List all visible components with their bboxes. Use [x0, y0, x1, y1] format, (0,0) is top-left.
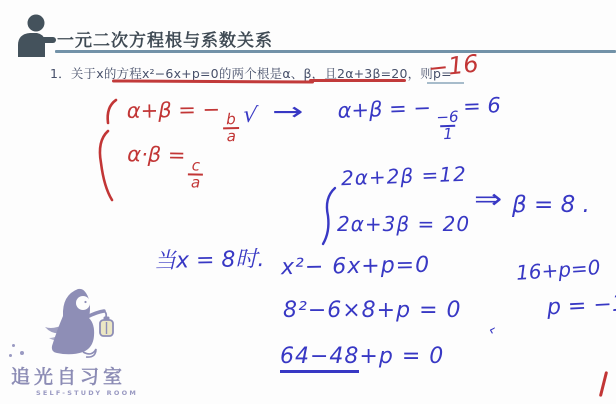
sum-evaluated: α+β = −−61= 6	[337, 95, 502, 147]
sparkle-dot	[12, 344, 15, 347]
sum-evaluated-result: = 6	[463, 93, 501, 118]
beta-result: β = 8 .	[512, 194, 590, 217]
fraction-b-over-a: ba	[223, 112, 239, 146]
underlined-64-minus-48: 64−48	[280, 344, 359, 373]
sparkle-dot	[9, 354, 12, 357]
when-x-equals-8: 当x = 8时.	[154, 249, 265, 273]
red-brace	[95, 97, 121, 203]
lesson-slide: 一元二次方程根与系数关系 1．关于x的方程x²−6x+p=0的两个根是α、β，且…	[0, 0, 616, 404]
right-step-1: 16+p=0	[515, 257, 601, 283]
vieta-sum-lead: α+β = −	[127, 97, 221, 123]
step-3-rest: +p = 0	[359, 344, 444, 369]
fraction-neg6-over-1: −61	[434, 109, 461, 144]
sum-evaluated-lead: α+β = −	[337, 96, 431, 123]
sparkle-dot	[20, 351, 24, 355]
vieta-sum-formula: α+β = −ba	[127, 99, 242, 147]
substitution-step-1: x²− 6x+p=0	[281, 255, 430, 280]
right-arrow: →	[272, 99, 303, 124]
lantern-girl-mascot	[45, 286, 123, 364]
fraction-c-over-a: ca	[188, 158, 204, 192]
system-equation-2: 2α+3β = 20	[337, 214, 470, 234]
vieta-product-lead: α·β =	[127, 142, 186, 167]
implies-arrow: ⇒	[474, 186, 502, 213]
handwritten-answer: −16	[427, 51, 480, 80]
teacher-underline-equation	[112, 79, 314, 83]
logo-english-name: SELF-STUDY ROOM	[36, 389, 138, 397]
teacher-underline-condition	[309, 79, 406, 82]
check-mark: √	[242, 104, 259, 128]
vieta-product-formula: α·β =ca	[127, 144, 207, 192]
logo-chinese-name: 追光自习室	[11, 362, 126, 389]
red-stroke-mark	[599, 371, 608, 397]
caret-mark: ‹	[487, 322, 497, 339]
system-equation-1: 2α+2β =12	[341, 164, 467, 188]
person-at-desk-icon	[14, 13, 58, 59]
right-step-2: p = −16	[546, 293, 616, 320]
page-title: 一元二次方程根与系数关系	[57, 26, 273, 51]
substitution-step-2: 8²−6×8+p = 0	[283, 300, 462, 322]
substitution-step-3: 64−48+p = 0	[280, 346, 444, 368]
title-rule	[55, 50, 616, 53]
